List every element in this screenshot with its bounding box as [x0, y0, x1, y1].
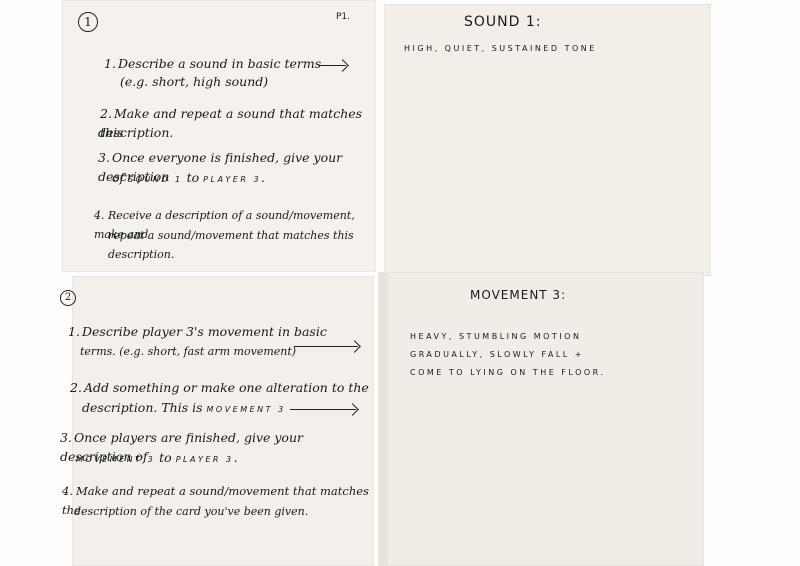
description-line: GRADUALLY, SLOWLY FALL + — [410, 346, 605, 364]
step-4-cont: repeat a sound/movement that matches thi… — [108, 226, 376, 264]
step-number: 3. — [60, 428, 74, 447]
card-title: MOVEMENT 3: — [470, 288, 566, 302]
step-number: 4. — [94, 206, 108, 225]
step-2-cont: description. This is MOVEMENT 3 — [82, 398, 286, 419]
sound-reference: SOUND 1 — [128, 175, 183, 184]
text: . — [234, 450, 238, 465]
step-2-cont: description. — [98, 123, 173, 142]
step-1: 1.Describe player 3's movement in basic — [68, 322, 327, 341]
page-number: P1. — [336, 12, 350, 22]
step-1-example: (e.g. short, high sound) — [120, 72, 268, 91]
step-number: 2. — [100, 104, 114, 123]
text: to — [183, 170, 204, 185]
movement-description: HEAVY, STUMBLING MOTION GRADUALLY, SLOWL… — [410, 328, 605, 382]
instruction-card-2: 2 1.Describe player 3's movement in basi… — [72, 276, 374, 566]
step-3-cont: of SOUND 1 to PLAYER 3. — [112, 168, 265, 189]
step-number: 1. — [104, 54, 118, 73]
step-text: Describe player 3's movement in basic — [82, 324, 327, 339]
player-reference: PLAYER 3 — [203, 175, 261, 184]
card-title: SOUND 1: — [464, 14, 541, 30]
step-number: 2. — [70, 378, 84, 397]
text: to — [155, 450, 176, 465]
step-1-example: terms. (e.g. short, fast arm movement) — [80, 342, 296, 361]
step-3-cont: MOVEMENT 3 to PLAYER 3. — [76, 448, 238, 469]
step-number: 1. — [68, 322, 82, 341]
arrow-right-icon — [318, 65, 346, 66]
text: . — [261, 170, 265, 185]
sound-description: HIGH, QUIET, SUSTAINED TONE — [404, 44, 597, 53]
text: description. This is — [82, 400, 207, 415]
player-reference: PLAYER 3 — [176, 455, 234, 464]
movement-reference: MOVEMENT 3 — [76, 455, 155, 464]
step-number: 3. — [98, 148, 112, 167]
step-1: 1.Describe a sound in basic terms — [104, 54, 321, 73]
step-4-cont: description of the card you've been give… — [74, 502, 308, 521]
instruction-card-1: 1 P1. 1.Describe a sound in basic terms … — [62, 0, 376, 272]
card-number-badge: 2 — [60, 290, 76, 306]
arrow-right-icon — [290, 409, 356, 410]
description-line: COME TO LYING ON THE FLOOR. — [410, 364, 605, 382]
movement-reference: MOVEMENT 3 — [207, 405, 286, 414]
step-text: Describe a sound in basic terms — [118, 56, 321, 71]
card-number-badge: 1 — [78, 12, 98, 32]
step-2: 2.Add something or make one alteration t… — [70, 378, 369, 397]
step-text: Add something or make one alteration to … — [84, 380, 369, 395]
arrow-right-icon — [294, 346, 358, 347]
sound-card: SOUND 1: HIGH, QUIET, SUSTAINED TONE — [384, 4, 711, 276]
step-number: 4. — [62, 482, 76, 501]
description-line: HEAVY, STUMBLING MOTION — [410, 328, 605, 346]
text: of — [112, 170, 124, 185]
movement-card: MOVEMENT 3: HEAVY, STUMBLING MOTION GRAD… — [378, 272, 704, 566]
